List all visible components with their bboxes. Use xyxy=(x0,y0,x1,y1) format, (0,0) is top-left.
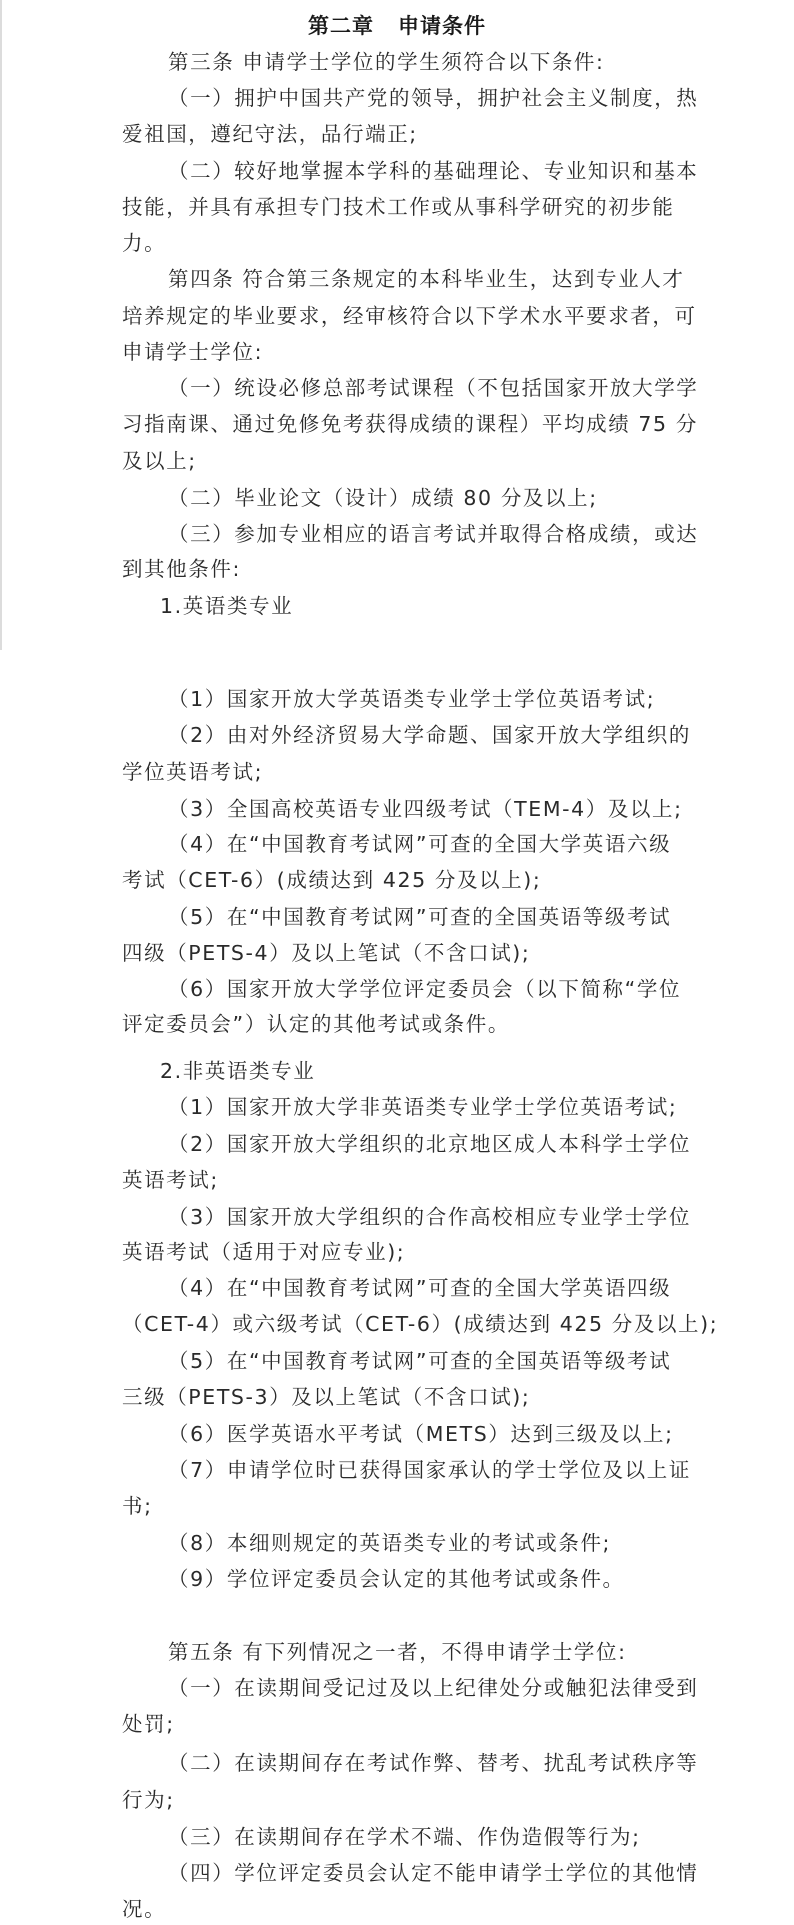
text-line: 及以上; xyxy=(122,447,682,475)
text-line: 第五条 有下列情况之一者，不得申请学士学位: xyxy=(168,1638,682,1666)
text-line: （8）本细则规定的英语类专业的考试或条件; xyxy=(168,1529,682,1557)
text-line: （四）学位评定委员会认定不能申请学士学位的其他情 xyxy=(168,1859,682,1887)
chapter-name: 申请条件 xyxy=(398,14,486,38)
text-line: （二）毕业论文（设计）成绩 80 分及以上; xyxy=(168,484,682,512)
text-line: （二）在读期间存在考试作弊、替考、扰乱考试秩序等 xyxy=(168,1749,682,1777)
chapter-number: 第二章 xyxy=(308,14,374,38)
text-line: （三）参加专业相应的语言考试并取得合格成绩，或达 xyxy=(168,520,682,548)
section-subheading: 1.英语类专业 xyxy=(160,592,720,620)
text-line: 况。 xyxy=(122,1895,682,1923)
text-line: （5）在“中国教育考试网”可查的全国英语等级考试 xyxy=(168,903,682,931)
text-line: 申请学士学位: xyxy=(122,338,682,366)
text-line: 力。 xyxy=(122,229,682,257)
page-edge-rule xyxy=(0,0,2,650)
text-line: （三）在读期间存在学术不端、作伪造假等行为; xyxy=(168,1823,682,1851)
text-line: （2）国家开放大学组织的北京地区成人本科学士学位 xyxy=(168,1130,682,1158)
text-line: 评定委员会”）认定的其他考试或条件。 xyxy=(122,1010,682,1038)
text-line: （一）拥护中国共产党的领导，拥护社会主义制度，热 xyxy=(168,84,682,112)
text-line: （4）在“中国教育考试网”可查的全国大学英语六级 xyxy=(168,830,682,858)
text-line: 第四条 符合第三条规定的本科毕业生，达到专业人才 xyxy=(168,265,682,293)
text-line: （3）国家开放大学组织的合作高校相应专业学士学位 xyxy=(168,1203,682,1231)
text-line: 习指南课、通过免修免考获得成绩的课程）平均成绩 75 分 xyxy=(122,410,682,438)
text-line: （4）在“中国教育考试网”可查的全国大学英语四级 xyxy=(168,1274,682,1302)
text-line: 处罚; xyxy=(122,1710,682,1738)
text-line: 第三条 申请学士学位的学生须符合以下条件: xyxy=(168,48,682,76)
chapter-title: 第二章申请条件 xyxy=(0,12,794,40)
text-line: 技能，并具有承担专门技术工作或从事科学研究的初步能 xyxy=(122,193,682,221)
text-line: （1）国家开放大学非英语类专业学士学位英语考试; xyxy=(168,1093,682,1121)
section-subheading: 2.非英语类专业 xyxy=(160,1057,720,1085)
text-line: （9）学位评定委员会认定的其他考试或条件。 xyxy=(168,1565,682,1593)
text-line: 三级（PETS-3）及以上笔试（不含口试); xyxy=(122,1383,682,1411)
text-line: 行为; xyxy=(122,1786,682,1814)
text-line: （二）较好地掌握本学科的基础理论、专业知识和基本 xyxy=(168,157,682,185)
text-line: 考试（CET-6）(成绩达到 425 分及以上); xyxy=(122,866,682,894)
text-line: （6）国家开放大学学位评定委员会（以下简称“学位 xyxy=(168,975,682,1003)
text-line: （一）在读期间受记过及以上纪律处分或触犯法律受到 xyxy=(168,1674,682,1702)
text-line: （一）统设必修总部考试课程（不包括国家开放大学学 xyxy=(168,374,682,402)
text-line: （1）国家开放大学英语类专业学士学位英语考试; xyxy=(168,685,682,713)
text-line: 英语考试（适用于对应专业); xyxy=(122,1238,682,1266)
text-line: 四级（PETS-4）及以上笔试（不含口试); xyxy=(122,939,682,967)
text-line: 书; xyxy=(122,1492,682,1520)
text-line: （CET-4）或六级考试（CET-6）(成绩达到 425 分及以上); xyxy=(122,1310,682,1338)
text-line: （5）在“中国教育考试网”可查的全国英语等级考试 xyxy=(168,1347,682,1375)
text-line: （7）申请学位时已获得国家承认的学士学位及以上证 xyxy=(168,1456,682,1484)
text-line: （2）由对外经济贸易大学命题、国家开放大学组织的 xyxy=(168,721,682,749)
text-line: 爱祖国，遵纪守法，品行端正; xyxy=(122,120,682,148)
text-line: 英语考试; xyxy=(122,1166,682,1194)
text-line: 到其他条件: xyxy=(122,555,682,583)
text-line: 培养规定的毕业要求，经审核符合以下学术水平要求者，可 xyxy=(122,302,682,330)
text-line: （6）医学英语水平考试（METS）达到三级及以上; xyxy=(168,1420,682,1448)
text-line: 学位英语考试; xyxy=(122,758,682,786)
text-line: （3）全国高校英语专业四级考试（TEM-4）及以上; xyxy=(168,795,682,823)
